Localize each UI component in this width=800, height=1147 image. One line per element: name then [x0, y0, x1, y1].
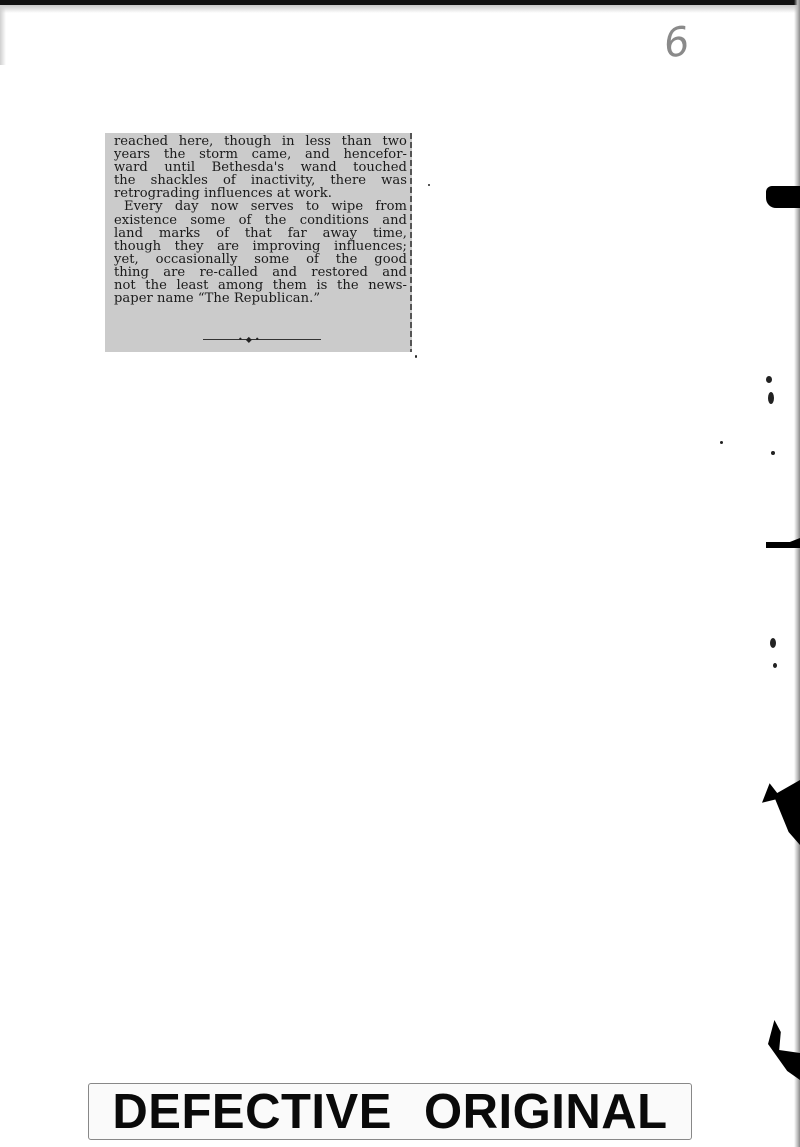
scan-artifact-speck [766, 376, 772, 383]
handwritten-page-number: 6 [661, 18, 693, 67]
scan-artifact-speck [428, 184, 430, 186]
scan-right-edge [794, 0, 800, 1147]
clipping-line: though they are improving influences; [114, 240, 407, 253]
scan-artifact-speck [773, 663, 777, 668]
scan-artifact-speck [720, 441, 723, 444]
clipping-line: Every day now serves to wipe from [114, 200, 407, 213]
defective-original-stamp: DEFECTIVE ORIGINAL [88, 1083, 692, 1140]
divider-ornament-icon: •◆• [238, 335, 263, 344]
scan-artifact-speck [770, 638, 776, 648]
clipping-right-border [410, 133, 412, 352]
scan-artifact-speck [768, 392, 774, 404]
clipping-line: paper name “The Republican.” [114, 292, 407, 305]
scan-artifact-blot [766, 186, 800, 208]
clipping-line: land marks of that far away time, [114, 227, 407, 240]
clipping-line: existence some of the conditions and [114, 214, 407, 227]
newspaper-clipping: reached here, though in less than two ye… [105, 133, 411, 352]
scan-artifact-speck [771, 451, 775, 455]
scan-artifact-speck [415, 355, 417, 358]
scan-artifact-blot [762, 780, 800, 845]
defective-original-text: DEFECTIVE ORIGINAL [112, 1084, 667, 1140]
scan-left-shadow [0, 5, 6, 65]
scan-top-shadow [0, 5, 800, 13]
clipping-line: yet, occasionally some of the good [114, 253, 407, 266]
